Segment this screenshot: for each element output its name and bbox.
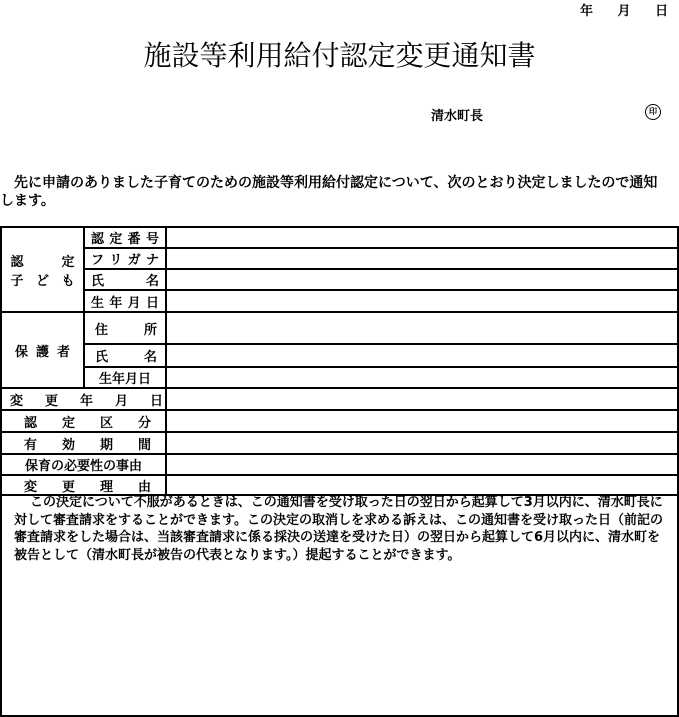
label-char: 者 [57,341,70,360]
label-char: ナ [146,249,159,268]
label-char: 効 [62,434,75,453]
guardian-name-label: 氏 名 [85,345,165,366]
child-cert-number-label: 認 定 番 号 [85,228,165,247]
label-char: 名 [146,270,159,289]
childcare-need-reason-field[interactable] [167,455,677,474]
label-char: 子 [11,270,24,289]
label-char: 月 [115,390,128,409]
child-birthdate-label: 生 年 月 日 [85,291,165,311]
label-char: 定 [61,251,74,270]
valid-period-label: 有 効 期 間 [2,433,165,453]
label-char: 区 [100,412,113,431]
label-char: 由 [138,476,151,495]
appeal-notice-text: この決定について不服があるときは、この通知書を受け取った日の翌日から起算して3月… [14,494,663,564]
label-char: 号 [146,228,159,247]
label-char: 護 [36,341,49,360]
label-char: 間 [138,434,151,453]
child-furigana-field[interactable] [167,249,677,268]
label-char: 変 [24,476,37,495]
child-birthdate-field[interactable] [167,291,677,311]
year-label: 年 [580,0,593,19]
label-char: 氏 [91,270,104,289]
date-line: 年 月 日 [560,0,668,19]
intro-paragraph: 先に申請のありました子育てのための施設等利用給付認定について、次のとおり決定しま… [0,174,670,210]
label-char: 理 [100,476,113,495]
issuer-name: 清水町長 [431,105,483,124]
label-char: も [61,270,74,289]
guardian-birthdate-label: 生年月日 [85,368,165,387]
label-char: 住 [95,319,108,338]
label-char: 日 [146,292,159,311]
label-char: 変 [10,390,23,409]
certification-table: 認 定 子 ど も 認 定 番 号 フ リ ガ ナ 氏 名 生 年 月 日 保 … [0,226,679,494]
guardian-address-label: 住 所 [85,313,165,343]
child-furigana-label: フ リ ガ ナ [85,249,165,268]
label-char: 名 [144,346,157,365]
child-group-label: 認 定 子 ど も [2,228,83,311]
label-char: 生 [91,292,104,311]
label-text: 生年月日 [99,368,151,387]
label-char: 日 [150,390,163,409]
label-char: ガ [128,249,141,268]
seal-icon: 印 [645,104,661,120]
label-char: 定 [109,228,122,247]
label-text: 保育の必要性の事由 [25,455,142,474]
label-char: 認 [24,412,37,431]
child-name-label: 氏 名 [85,270,165,289]
label-char: 認 [91,228,104,247]
label-char: ど [36,270,49,289]
label-char: 所 [144,319,157,338]
cert-category-label: 認 定 区 分 [2,411,165,431]
guardian-birthdate-field[interactable] [167,368,677,387]
change-reason-label: 変 更 理 由 [2,476,165,494]
label-char: 氏 [95,346,108,365]
label-char: 保 [15,341,28,360]
label-char: 年 [80,390,93,409]
guardian-name-field[interactable] [167,345,677,366]
guardian-address-field[interactable] [167,313,677,343]
label-char: 年 [109,292,122,311]
change-date-label: 変 更 年 月 日 [2,389,165,409]
child-name-field[interactable] [167,270,677,289]
month-label: 月 [618,0,631,19]
label-char: 番 [128,228,141,247]
label-char: 期 [100,434,113,453]
guardian-group-label: 保 護 者 [2,313,83,387]
label-char: リ [109,249,122,268]
label-char: 有 [24,434,37,453]
valid-period-field[interactable] [167,433,677,453]
document-title: 施設等利用給付認定変更通知書 [0,34,679,74]
label-char: 分 [138,412,151,431]
label-char: 認 [11,251,24,270]
cert-category-field[interactable] [167,411,677,431]
label-char: フ [91,249,104,268]
label-char: 更 [45,390,58,409]
change-reason-field[interactable] [167,476,677,494]
child-cert-number-field[interactable] [167,228,677,247]
label-char: 更 [62,476,75,495]
change-date-field[interactable] [167,389,677,409]
label-char: 定 [62,412,75,431]
childcare-need-reason-label: 保育の必要性の事由 [2,455,165,474]
day-label: 日 [655,0,668,19]
appeal-notice-box: この決定について不服があるときは、この通知書を受け取った日の翌日から起算して3月… [0,494,679,717]
label-char: 月 [128,292,141,311]
